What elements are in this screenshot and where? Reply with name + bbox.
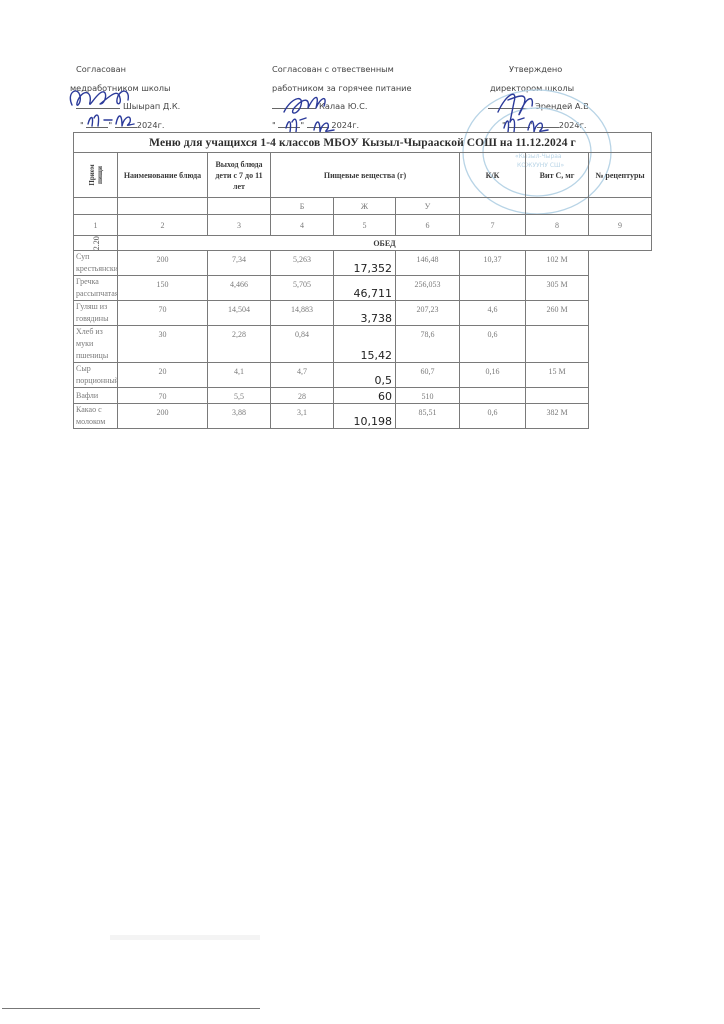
scan-artifact <box>110 935 260 940</box>
cell-protein: 3,88 <box>208 404 271 429</box>
cell-name: Хлеб из муки пшеницы <box>74 326 118 363</box>
cell-portion: 200 <box>118 404 208 429</box>
cell-name: Сыр порционный <box>74 363 118 388</box>
cell-portion: 70 <box>118 301 208 326</box>
approval-name: Эрендей А.В <box>535 101 589 111</box>
cell-vit-c: 0,6 <box>460 404 526 429</box>
cell-kcal: 60,7 <box>396 363 460 388</box>
cell-protein: 4,466 <box>208 276 271 301</box>
signature-line <box>76 100 120 109</box>
cell-recipe: 15 М <box>526 363 589 388</box>
date-quote: " <box>502 120 506 130</box>
subheader-empty <box>74 198 118 215</box>
cell-kcal: 207,23 <box>396 301 460 326</box>
signature-line <box>272 100 316 109</box>
subheader-carbs: У <box>396 198 460 215</box>
cell-portion: 200 <box>118 251 208 276</box>
dish-row: Вафли705,52860510 <box>74 388 652 404</box>
cell-name: Вафли <box>74 388 118 404</box>
subheader-empty <box>589 198 652 215</box>
approval-name: Калаа Ю.С. <box>319 101 367 111</box>
dish-row: Гречка рассыпчатая1504,4665,70546,711256… <box>74 276 652 301</box>
cell-protein: 5,5 <box>208 388 271 404</box>
header-meal: Прием пищи <box>74 153 118 198</box>
cell-vit-c: 0,16 <box>460 363 526 388</box>
approval-heading: Утверждено <box>509 60 589 79</box>
subheader-empty <box>208 198 271 215</box>
date-cell: 11.12.2024 г <box>74 236 118 251</box>
approval-role: работником за горячее питание <box>272 79 412 98</box>
column-number: 9 <box>589 215 652 236</box>
column-number-row: 123456789 <box>74 215 652 236</box>
cell-vit-c <box>460 276 526 301</box>
cell-fat: 3,1 <box>271 404 334 429</box>
cell-recipe: 260 М <box>526 301 589 326</box>
column-number: 6 <box>396 215 460 236</box>
subheader-protein: Б <box>271 198 334 215</box>
approval-name-line: Калаа Ю.С. <box>272 97 412 116</box>
scan-edge-line <box>2 1008 260 1009</box>
header-kcal: К/К <box>460 153 526 198</box>
approval-role: директором школы <box>490 79 589 98</box>
cell-recipe <box>526 326 589 363</box>
subheader-empty <box>460 198 526 215</box>
subheader-row: Б Ж У <box>74 198 652 215</box>
header-portion: Выход блюда дети с 7 до 11 лет <box>208 153 271 198</box>
cell-recipe: 305 М <box>526 276 589 301</box>
date-month-blank <box>537 119 559 128</box>
section-label: ОБЕД <box>118 236 652 251</box>
date-quote: " <box>80 120 84 130</box>
cell-vit-c <box>460 388 526 404</box>
date-month-blank <box>307 119 329 128</box>
date-year: 2024г. <box>331 120 359 130</box>
approval-heading: Согласован <box>76 60 180 79</box>
column-number: 7 <box>460 215 526 236</box>
cell-fat: 5,263 <box>271 251 334 276</box>
column-number: 1 <box>74 215 118 236</box>
date-day-blank <box>278 119 300 128</box>
cell-name: Суп крестьянский <box>74 251 118 276</box>
header-vit-c: Вит С, мг <box>526 153 589 198</box>
header-nutrients: Пищевые вещества (г) <box>271 153 460 198</box>
cell-kcal: 85,51 <box>396 404 460 429</box>
cell-recipe: 102 М <box>526 251 589 276</box>
date-quote: " <box>272 120 276 130</box>
date-month-blank <box>115 119 137 128</box>
date-day-blank <box>508 119 530 128</box>
subheader-empty <box>526 198 589 215</box>
date-label: 11.12.2024 г <box>92 236 101 251</box>
column-number: 3 <box>208 215 271 236</box>
cell-kcal: 510 <box>396 388 460 404</box>
approval-role: медработником школы <box>70 79 180 98</box>
date-year: 2024г. <box>137 120 165 130</box>
cell-kcal: 146,48 <box>396 251 460 276</box>
cell-vit-c: 0,6 <box>460 326 526 363</box>
approval-name-line: Эрендей А.В <box>488 97 589 116</box>
cell-fat: 28 <box>271 388 334 404</box>
date-day-blank <box>86 119 108 128</box>
section-row: 11.12.2024 г ОБЕД <box>74 236 652 251</box>
cell-portion: 30 <box>118 326 208 363</box>
cell-protein: 4,1 <box>208 363 271 388</box>
cell-portion: 20 <box>118 363 208 388</box>
cell-recipe <box>526 388 589 404</box>
cell-name: Гречка рассыпчатая <box>74 276 118 301</box>
cell-kcal: 78,6 <box>396 326 460 363</box>
cell-protein: 7,34 <box>208 251 271 276</box>
header-dish-name: Наименование блюда <box>118 153 208 198</box>
cell-vit-c: 4,6 <box>460 301 526 326</box>
cell-portion: 70 <box>118 388 208 404</box>
cell-fat: 5,705 <box>271 276 334 301</box>
menu-table: Меню для учащихся 1-4 классов МБОУ Кызыл… <box>73 132 652 429</box>
cell-portion: 150 <box>118 276 208 301</box>
approval-name: Шыырап Д.К. <box>123 101 180 111</box>
cell-vit-c: 10,37 <box>460 251 526 276</box>
dish-row: Суп крестьянский2007,345,26317,352146,48… <box>74 251 652 276</box>
cell-fat: 0,84 <box>271 326 334 363</box>
cell-name: Гуляш из говядины <box>74 301 118 326</box>
column-number: 2 <box>118 215 208 236</box>
dish-row: Хлеб из муки пшеницы302,280,8415,4278,60… <box>74 326 652 363</box>
cell-carbs: 60 <box>334 388 396 404</box>
cell-carbs: 46,711 <box>334 276 396 301</box>
subheader-fat: Ж <box>334 198 396 215</box>
signature-line <box>488 100 532 109</box>
cell-fat: 4,7 <box>271 363 334 388</box>
cell-recipe: 382 М <box>526 404 589 429</box>
approval-name-line: Шыырап Д.К. <box>76 97 180 116</box>
cell-carbs: 10,198 <box>334 404 396 429</box>
date-year: 2024г. <box>559 120 587 130</box>
header-recipe: № рецептуры <box>589 153 652 198</box>
approval-heading: Согласован с отвественным <box>272 60 412 79</box>
title-row: Меню для учащихся 1-4 классов МБОУ Кызыл… <box>74 133 652 153</box>
cell-kcal: 256,053 <box>396 276 460 301</box>
menu-title: Меню для учащихся 1-4 классов МБОУ Кызыл… <box>74 133 652 153</box>
cell-name: Какао с молоком <box>74 404 118 429</box>
header-row: Прием пищи Наименование блюда Выход блюд… <box>74 153 652 198</box>
approval-food-service: Согласован с отвественным работником за … <box>272 60 412 134</box>
cell-fat: 14,883 <box>271 301 334 326</box>
approval-director: Утверждено директором школы Эрендей А.В … <box>492 60 589 134</box>
column-number: 5 <box>334 215 396 236</box>
dish-row: Сыр порционный204,14,70,560,70,1615 М <box>74 363 652 388</box>
column-number: 8 <box>526 215 589 236</box>
dish-row: Гуляш из говядины7014,50414,8833,738207,… <box>74 301 652 326</box>
approval-medical: Согласован медработником школы Шыырап Д.… <box>76 60 180 134</box>
column-number: 4 <box>271 215 334 236</box>
dish-row: Какао с молоком2003,883,110,19885,510,63… <box>74 404 652 429</box>
cell-carbs: 3,738 <box>334 301 396 326</box>
subheader-empty <box>118 198 208 215</box>
cell-carbs: 0,5 <box>334 363 396 388</box>
cell-protein: 14,504 <box>208 301 271 326</box>
cell-carbs: 17,352 <box>334 251 396 276</box>
cell-carbs: 15,42 <box>334 326 396 363</box>
header-meal-label: Прием пищи <box>88 160 104 190</box>
cell-protein: 2,28 <box>208 326 271 363</box>
